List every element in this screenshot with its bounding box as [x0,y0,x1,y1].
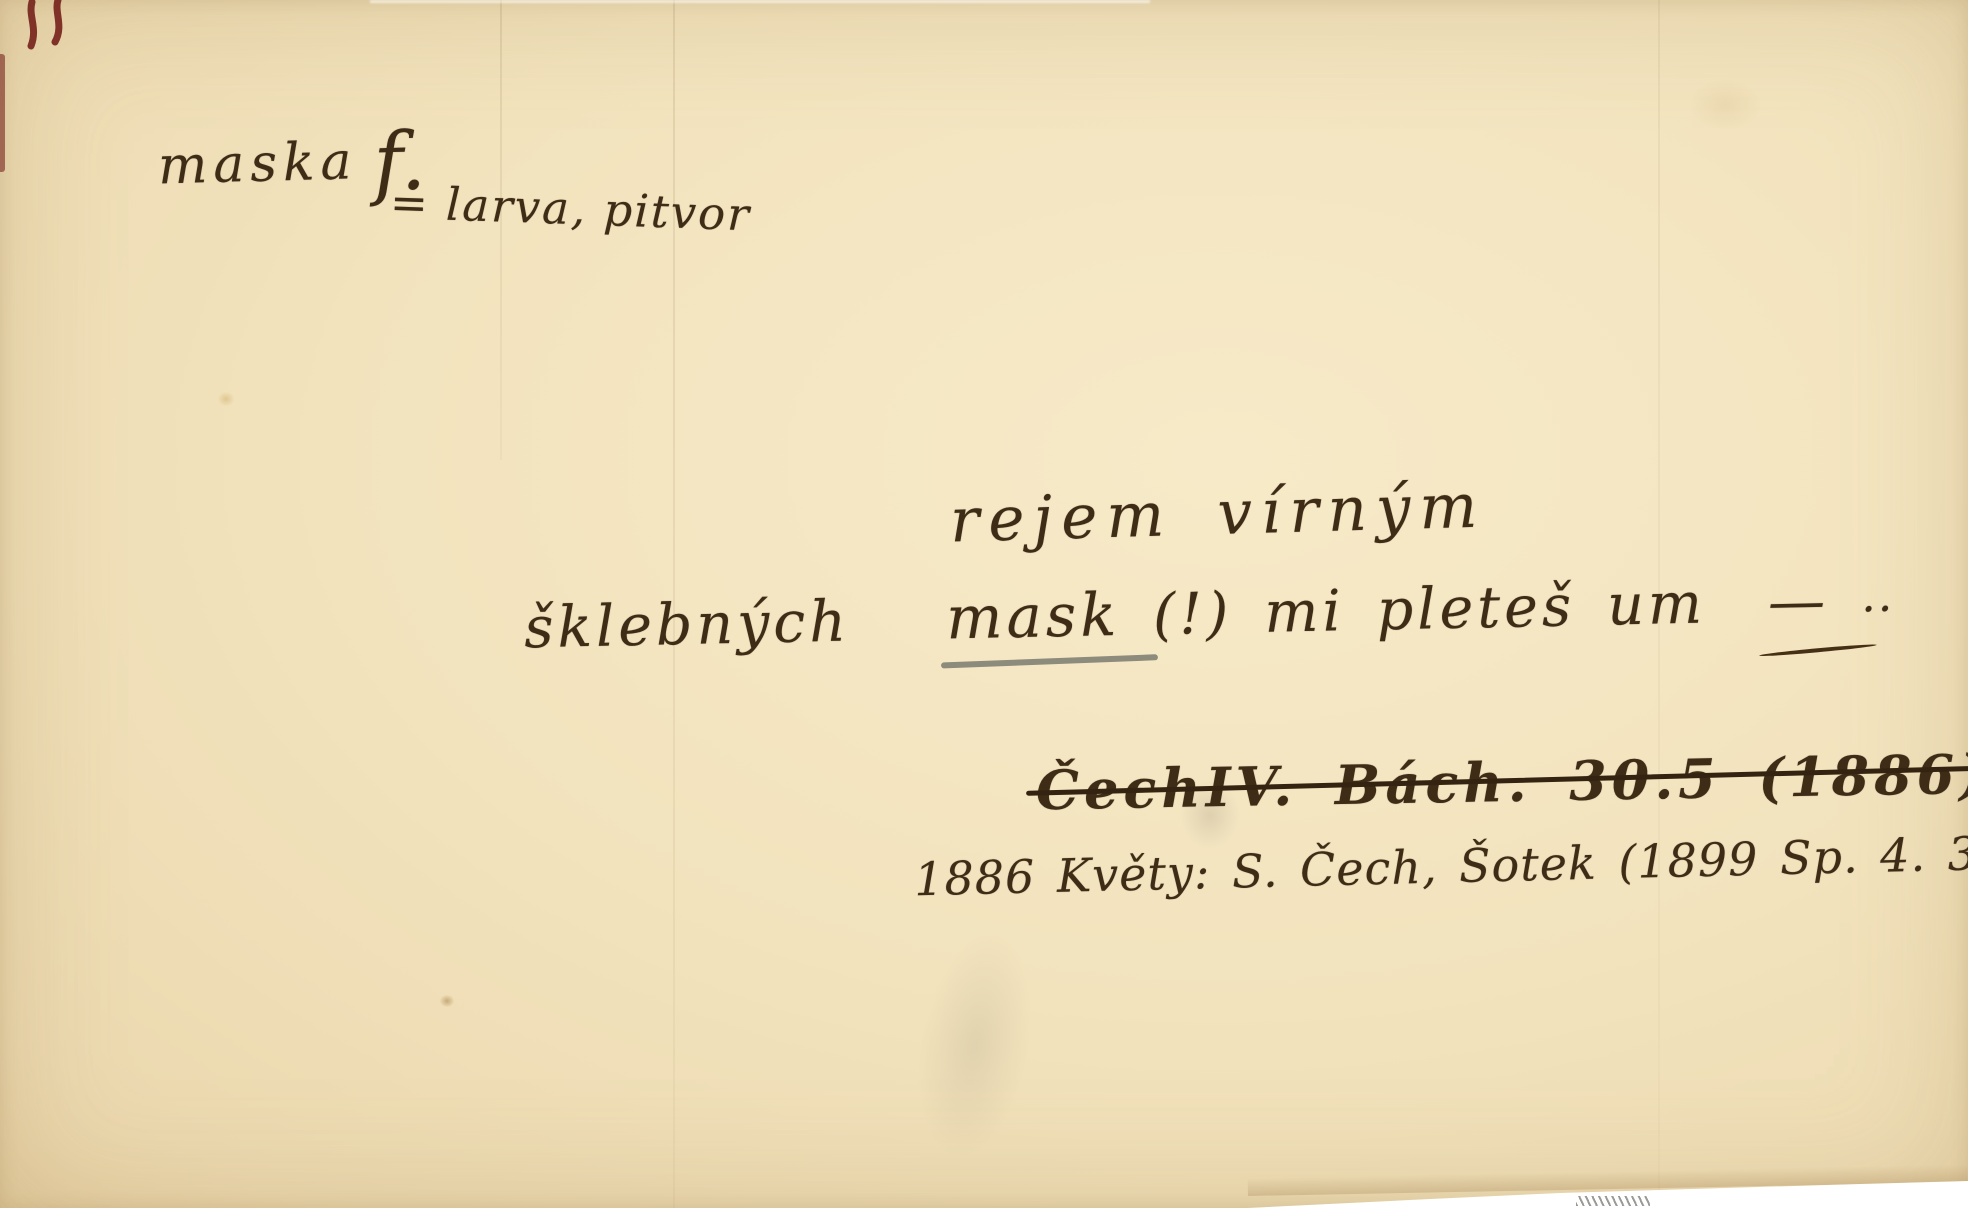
hatched-scan-mark [1576,1196,1650,1206]
verse-line-1: rejem vírným [949,471,1487,557]
verse-line2-post: (!) mi pleteš um [1152,571,1706,649]
fox-spot [1690,80,1760,130]
verse-line2-pre: šklebných [523,589,850,662]
smudge-stain [901,922,1049,1168]
citation-source-line: 1886 Květy: S. Čech, Šotek (1899 Sp. 4. … [914,824,1968,907]
dash-underline-mark [1759,643,1877,658]
headword-line: maskaf. [157,115,427,215]
headword-word: maska [157,131,358,196]
citation-struck-line: ČechIV. Bách. 30.5 (1886) [1036,742,1968,823]
paper-top-edge-highlight [370,0,1150,3]
trailing-dots: .. [1860,569,1894,623]
trailing-dash: — [1767,568,1829,635]
trailing-dash-group: — .. [1767,567,1894,636]
red-ink-corner-mark [16,0,88,60]
verse-line2-emphasis: mask [946,579,1154,652]
pencil-underline-mark [941,654,1158,668]
gloss-line: = larva, pitvor [389,176,752,242]
red-ink-edge-mark [0,54,5,172]
scanned-slip: maskaf. = larva, pitvor rejem vírným škl… [0,0,1968,1208]
fox-spot [218,392,234,406]
fox-spot [440,995,454,1007]
verse-line-2: šklebných mask (!) mi pleteš um — .. [523,564,1894,662]
